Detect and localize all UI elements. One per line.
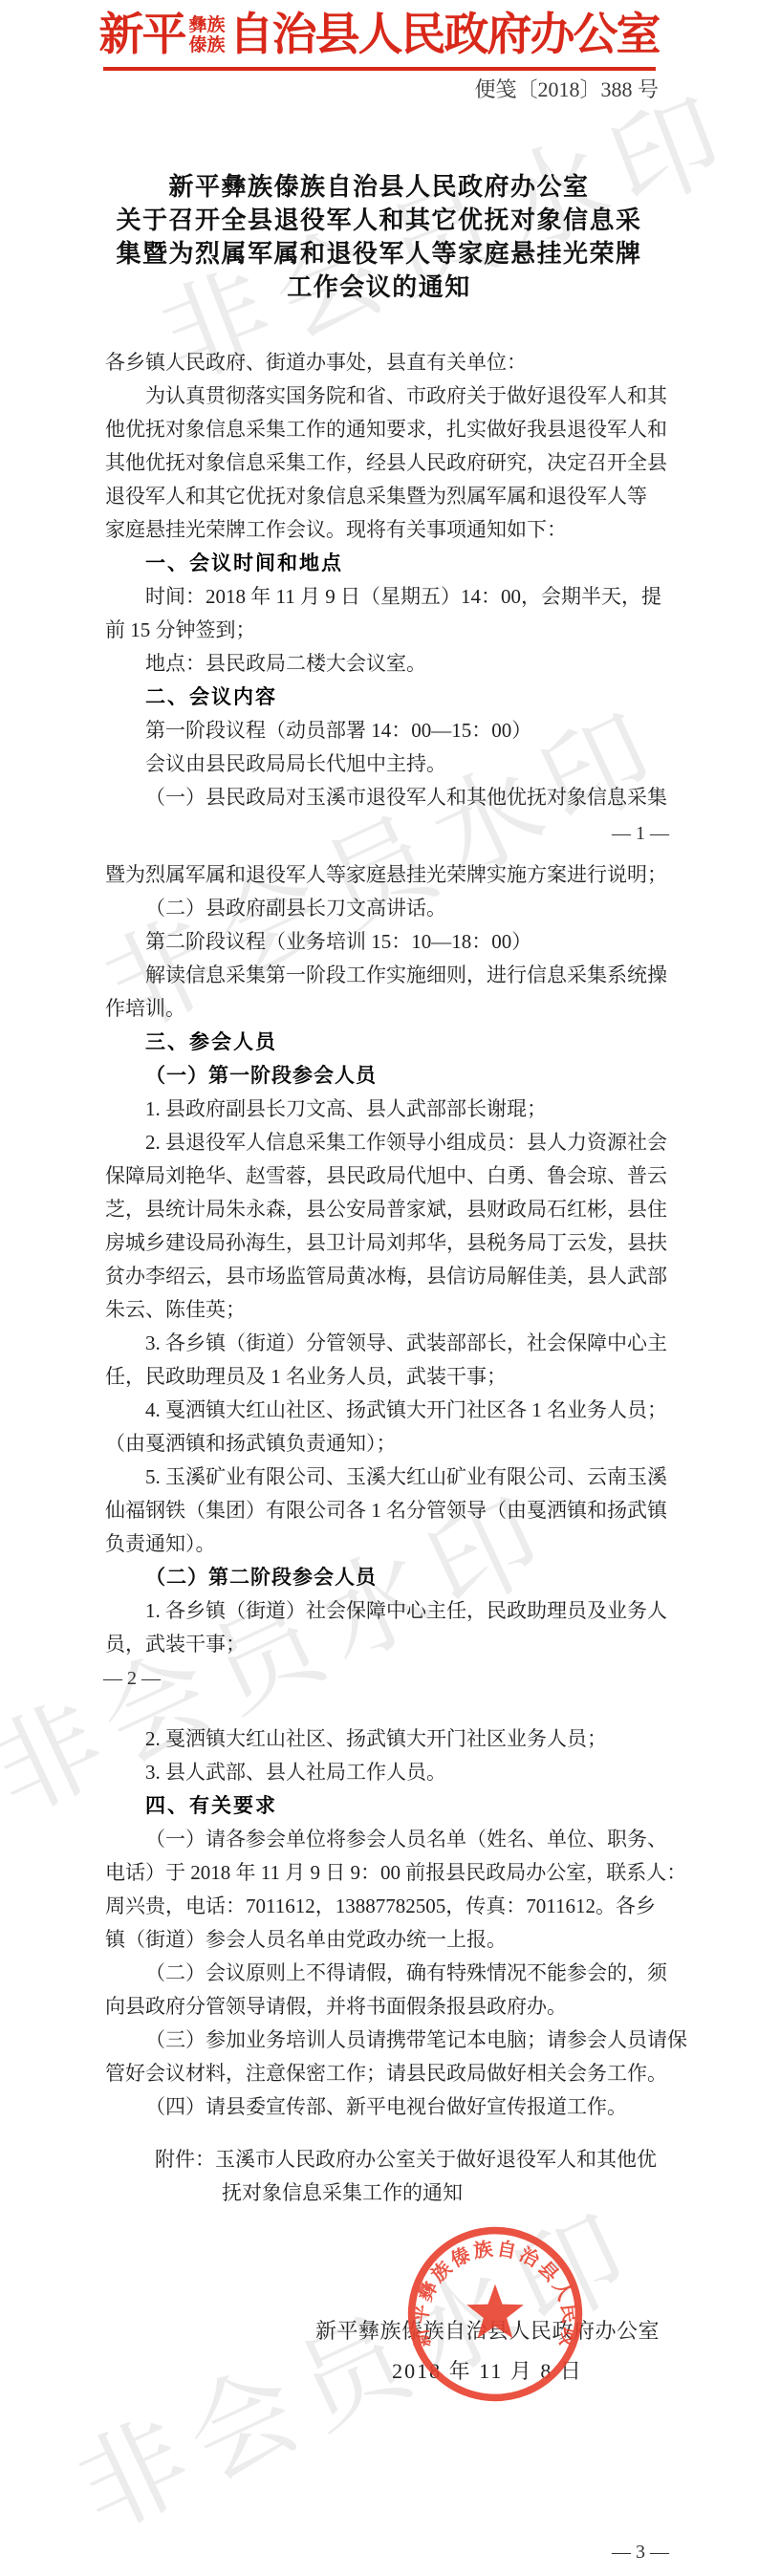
document-title: 新平彝族傣族自治县人民政府办公室 关于召开全县退役军人和其它优抚对象信息采 集暨… [0,170,758,304]
page1-number: — 1 — [0,820,758,847]
page2-body: 暨为烈属军属和退役军人等家庭悬挂光荣牌实施方案进行说明；（二）县政府副县长刀文高… [0,858,758,1661]
body-line: 朱云、陈佳英； [0,1293,758,1327]
title-line: 工作会议的通知 [0,271,758,304]
page3-lines: 2. 戛洒镇大红山社区、扬武镇大开门社区业务人员；3. 县人武部、县人社局工作人… [0,1722,758,2210]
title-line: 集暨为烈属军属和退役军人等家庭悬挂光荣牌 [0,237,758,271]
body-line: 电话）于 2018 年 11 月 9 日 9：00 前报县民政局办公室，联系人： [0,1856,758,1890]
closing-block: 新平彝族傣族自治县人民政府办公室 2018 年 11 月 8 日 [0,2317,758,2386]
body-line: 3. 县人武部、县人社局工作人员。 [0,1756,758,1789]
body-line: 他优抚对象信息采集工作的通知要求，扎实做好我县退役军人和 [0,413,758,446]
letterhead-ethnic-top: 彝族 [188,15,225,36]
body-line: （二）县政府副县长刀文高讲话。 [0,892,758,925]
body-line: 各乡镇人民政府、街道办事处，县直有关单位： [0,346,758,379]
seal-star-icon [466,2284,524,2339]
letterhead: 新平 彝族 傣族 自治县人民政府办公室 [0,0,758,60]
body-line: 1. 县政府副县长刀文高、县人武部部长谢琨； [0,1093,758,1126]
letterhead-suffix: 自治县人民政府办公室 [229,11,660,60]
body-line: 四、有关要求 [0,1789,758,1823]
body-line: 地点：县民政局二楼大会议室。 [0,647,758,681]
page2-lines: 暨为烈属军属和退役军人等家庭悬挂光荣牌实施方案进行说明；（二）县政府副县长刀文高… [0,858,758,1661]
body-line: 2. 县退役军人信息采集工作领导小组成员：县人力资源社会 [0,1126,758,1159]
body-line: 解读信息采集第一阶段工作实施细则，进行信息采集系统操 [0,959,758,992]
body-line: 其他优抚对象信息采集工作，经县人民政府研究，决定召开全县 [0,446,758,480]
body-line: 附件：玉溪市人民政府办公室关于做好退役军人和其他优 [0,2143,758,2176]
letterhead-prefix: 新平 [98,11,184,60]
body-line: 家庭悬挂光荣牌工作会议。现将有关事项通知如下： [0,513,758,547]
body-line: 时间：2018 年 11 月 9 日（星期五）14：00，会期半天，提 [0,580,758,614]
body-line: 5. 玉溪矿业有限公司、玉溪大红山矿业有限公司、云南玉溪 [0,1461,758,1494]
body-line: 向县政府分管领导请假，并将书面假条报县政府办。 [0,1990,758,2024]
body-line: （四）请县委宣传部、新平电视台做好宣传报道工作。 [0,2090,758,2124]
body-line: 周兴贵，电话：7011612，13887782505，传真：7011612。各乡 [0,1890,758,1923]
body-line: 仙福钢铁（集团）有限公司各 1 名分管领导（由戛洒镇和扬武镇 [0,1494,758,1527]
page1-lines: 各乡镇人民政府、街道办事处，县直有关单位：为认真贯彻落实国务院和省、市政府关于做… [0,346,758,814]
body-line: 作培训。 [0,992,758,1026]
body-line: 任，民政助理员及 1 名业务人员，武装干事； [0,1360,758,1394]
body-line: 镇（街道）参会人员名单由党政办统一上报。 [0,1923,758,1957]
letterhead-ethnic-bottom: 傣族 [188,35,225,56]
body-line: 三、参会人员 [0,1026,758,1059]
body-line: 员，武装干事； [0,1628,758,1661]
body-line: 一、会议时间和地点 [0,547,758,580]
body-line: 第二阶段议程（业务培训 15：10—18：00） [0,925,758,959]
body-line: （一）县民政局对玉溪市退役军人和其他优抚对象信息采集 [0,781,758,814]
title-line: 新平彝族傣族自治县人民政府办公室 [0,170,758,204]
body-line: 3. 各乡镇（街道）分管领导、武装部部长，社会保障中心主 [0,1327,758,1360]
body-line: 4. 戛洒镇大红山社区、扬武镇大开门社区各 1 名业务人员； [0,1394,758,1427]
body-line: （一）请各参会单位将参会人员名单（姓名、单位、职务、 [0,1823,758,1856]
official-document-page: 非会员水印 非会员水印 非会员水印 非会员水印 新平 彝族 傣族 自治县人民政府… [0,0,758,2576]
body-line: （一）第一阶段参会人员 [0,1059,758,1093]
body-line: 芝，县统计局朱永森，县公安局普家斌，县财政局石红彬，县住 [0,1193,758,1226]
body-line: 2. 戛洒镇大红山社区、扬武镇大开门社区业务人员； [0,1722,758,1756]
page3-number: — 3 — [612,2539,669,2565]
body-line: （二）会议原则上不得请假，确有特殊情况不能参会的，须 [0,1957,758,1990]
body-line: （三）参加业务培训人员请携带笔记本电脑；请参会人员请保 [0,2024,758,2057]
body-line: 为认真贯彻落实国务院和省、市政府关于做好退役军人和其 [0,379,758,413]
body-line: 房城乡建设局孙海生，县卫计局刘邦华，县税务局丁云发，县扶 [0,1226,758,1260]
body-line: （由戛洒镇和扬武镇负责通知）； [0,1427,758,1461]
page3-body: 2. 戛洒镇大红山社区、扬武镇大开门社区业务人员；3. 县人武部、县人社局工作人… [0,1722,758,2210]
body-line: 会议由县民政局局长代旭中主持。 [0,747,758,781]
page2-number: — 2 — [0,1665,758,1692]
body-line: 前 15 分钟签到； [0,614,758,647]
body-line: 抚对象信息采集工作的通知 [0,2176,758,2210]
body-line: 暨为烈属军属和退役军人等家庭悬挂光荣牌实施方案进行说明； [0,858,758,892]
body-line: 1. 各乡镇（街道）社会保障中心主任，民政助理员及业务人 [0,1594,758,1628]
body-line: 管好会议材料，注意保密工作；请县民政局做好相关会务工作。 [0,2057,758,2090]
body-line: 负责通知）。 [0,1527,758,1561]
body-line: 退役军人和其它优抚对象信息采集暨为烈属军属和退役军人等 [0,480,758,513]
seal-text: 新平彝族傣族自治县人民政府办公室 [404,2223,582,2352]
official-seal: 新平彝族傣族自治县人民政府办公室 [404,2223,586,2405]
title-line: 关于召开全县退役军人和其它优抚对象信息采 [0,204,758,237]
page1-body: 各乡镇人民政府、街道办事处，县直有关单位：为认真贯彻落实国务院和省、市政府关于做… [0,346,758,814]
body-line: 二、会议内容 [0,681,758,714]
body-line: （二）第二阶段参会人员 [0,1561,758,1594]
letterhead-ethnic-stack: 彝族 傣族 [188,15,225,57]
letterhead-divider [103,67,656,71]
body-line: 贫办李绍云，县市场监管局黄冰梅，县信访局解佳美，县人武部 [0,1260,758,1293]
body-line: 保障局刘艳华、赵雪蓉，县民政局代旭中、白勇、鲁会琼、普云 [0,1159,758,1193]
document-number: 便笺〔2018〕388 号 [0,77,758,101]
body-line: 第一阶段议程（动员部署 14：00—15：00） [0,714,758,747]
